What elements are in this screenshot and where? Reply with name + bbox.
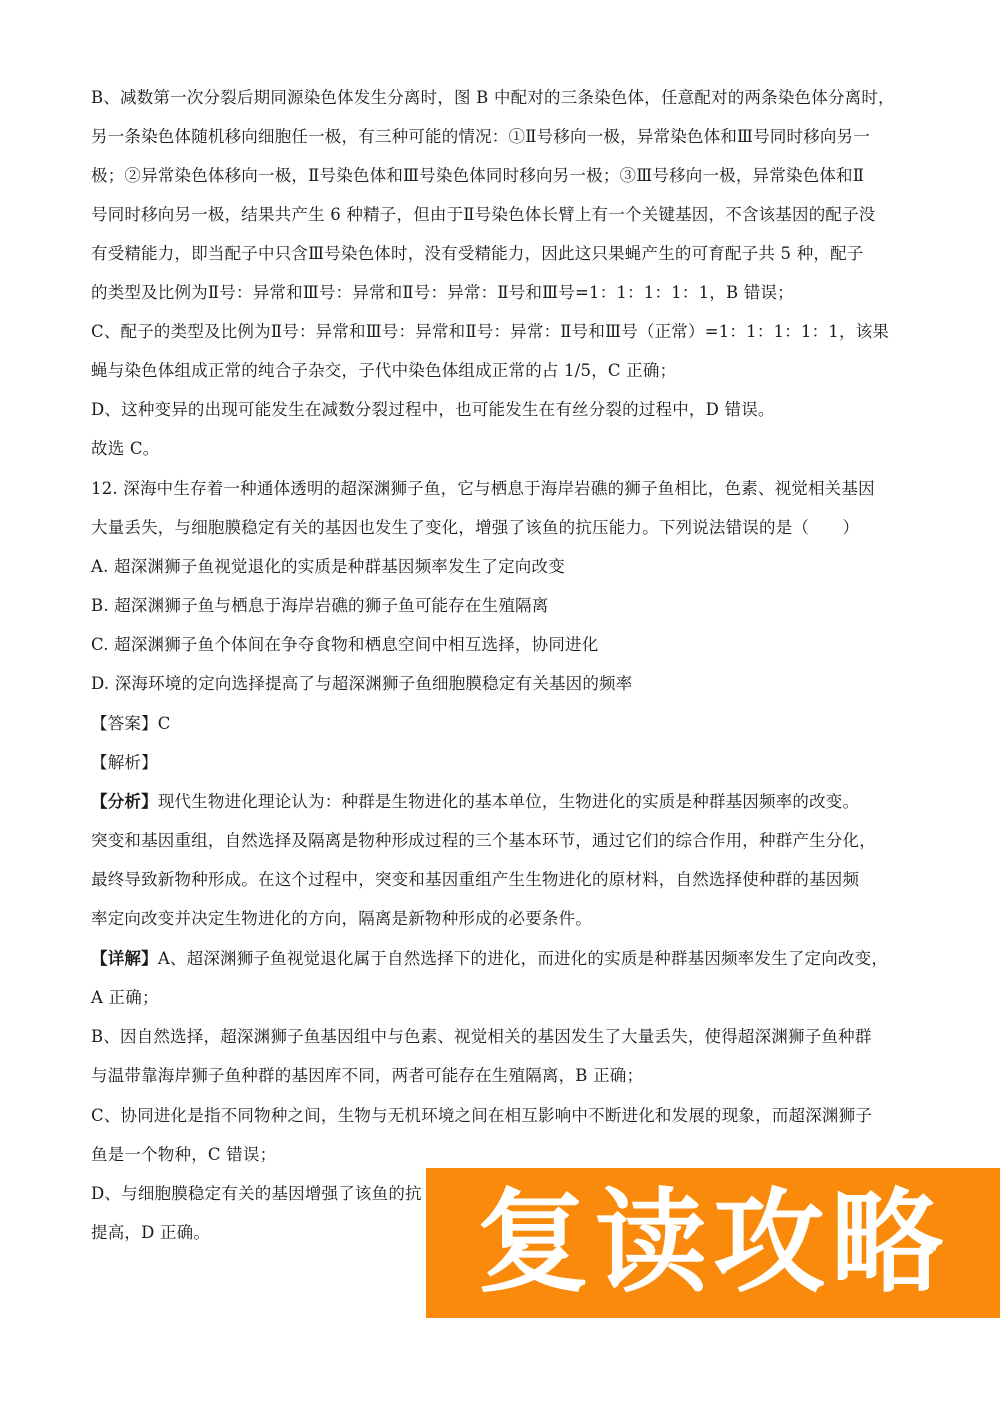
text-line: B、减数第一次分裂后期同源染色体发生分离时，图 B 中配对的三条染色体，任意配对…	[91, 87, 911, 109]
analysis-header: 【分析】	[91, 792, 158, 811]
analysis-line: 突变和基因重组，自然选择及隔离是物种形成过程的三个基本环节，通过它们的综合作用，…	[91, 830, 911, 852]
detail-line: 鱼是一个物种，C 错误；	[91, 1144, 911, 1166]
detail-line: B、因自然选择，超深渊狮子鱼基因组中与色素、视觉相关的基因发生了大量丢失，使得超…	[91, 1026, 911, 1048]
option-b: B. 超深渊狮子鱼与栖息于海岸岩礁的狮子鱼可能存在生殖隔离	[91, 595, 911, 617]
option-a: A. 超深渊狮子鱼视觉退化的实质是种群基因频率发生了定向改变	[91, 556, 911, 578]
option-d: D. 深海环境的定向选择提高了与超深渊狮子鱼细胞膜稳定有关基因的频率	[91, 673, 911, 695]
detail-line: 与温带靠海岸狮子鱼种群的基因库不同，两者可能存在生殖隔离，B 正确；	[91, 1065, 911, 1087]
detail-text: A、超深渊狮子鱼视觉退化属于自然选择下的进化，而进化的实质是种群基因频率发生了定…	[158, 949, 888, 968]
watermark-banner: 复读攻略	[426, 1168, 1000, 1318]
detail-line: 【详解】A、超深渊狮子鱼视觉退化属于自然选择下的进化，而进化的实质是种群基因频率…	[91, 948, 911, 970]
analysis-line: 率定向改变并决定生物进化的方向，隔离是新物种形成的必要条件。	[91, 908, 911, 930]
text-line: 极；②异常染色体移向一极，Ⅱ号染色体和Ⅲ号染色体同时移向另一极；③Ⅲ号移向一极，…	[91, 165, 911, 187]
watermark-text: 复读攻略	[477, 1187, 949, 1299]
document-page: B、减数第一次分裂后期同源染色体发生分离时，图 B 中配对的三条染色体，任意配对…	[0, 0, 1000, 1414]
text-line: 蝇与染色体组成正常的纯合子杂交，子代中染色体组成正常的占 1/5，C 正确；	[91, 360, 911, 382]
analysis-line: 【分析】现代生物进化理论认为：种群是生物进化的基本单位，生物进化的实质是种群基因…	[91, 791, 911, 813]
answer-label: 【答案】C	[91, 713, 911, 735]
text-line: C、配子的类型及比例为Ⅱ号：异常和Ⅲ号：异常和Ⅱ号：异常：Ⅱ号和Ⅲ号（正常）=1…	[91, 321, 911, 343]
analysis-line: 最终导致新物种形成。在这个过程中，突变和基因重组产生生物进化的原材料，自然选择使…	[91, 869, 911, 891]
text-line: 的类型及比例为Ⅱ号：异常和Ⅲ号：异常和Ⅱ号：异常：Ⅱ号和Ⅲ号=1：1：1：1：1…	[91, 282, 911, 304]
text-line: 号同时移向另一极，结果共产生 6 种精子，但由于Ⅱ号染色体长臂上有一个关键基因，…	[91, 204, 911, 226]
analysis-text: 现代生物进化理论认为：种群是生物进化的基本单位，生物进化的实质是种群基因频率的改…	[158, 792, 859, 811]
detail-header: 【详解】	[91, 949, 158, 968]
question-stem: 12. 深海中生存着一种通体透明的超深渊狮子鱼，它与栖息于海岸岩礁的狮子鱼相比，…	[91, 478, 911, 500]
option-c: C. 超深渊狮子鱼个体间在争夺食物和栖息空间中相互选择，协同进化	[91, 634, 911, 656]
text-line: D、这种变异的出现可能发生在减数分裂过程中，也可能发生在有丝分裂的过程中，D 错…	[91, 399, 911, 421]
analysis-label: 【解析】	[91, 752, 911, 774]
text-line: 另一条染色体随机移向细胞任一极，有三种可能的情况：①Ⅱ号移向一极，异常染色体和Ⅲ…	[91, 126, 911, 148]
detail-line: A 正确；	[91, 987, 911, 1009]
question-stem: 大量丢失，与细胞膜稳定有关的基因也发生了变化，增强了该鱼的抗压能力。下列说法错误…	[91, 517, 911, 539]
text-line: 有受精能力，即当配子中只含Ⅲ号染色体时，没有受精能力，因此这只果蝇产生的可育配子…	[91, 243, 911, 265]
text-line: 故选 C。	[91, 438, 911, 460]
detail-line: C、协同进化是指不同物种之间，生物与无机环境之间在相互影响中不断进化和发展的现象…	[91, 1105, 911, 1127]
